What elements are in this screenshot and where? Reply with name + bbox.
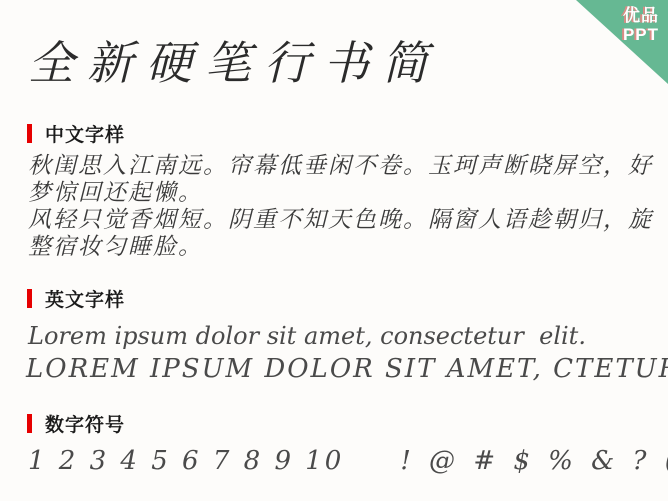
section-header-chinese: 中文字样 bbox=[27, 120, 125, 147]
brand-logo-line1: 优品 bbox=[623, 6, 659, 25]
font-name-title: 全新硬笔行书简 bbox=[28, 34, 441, 92]
section-header-english: 英文字样 bbox=[27, 285, 125, 312]
section-label-numbers: 数字符号 bbox=[45, 410, 125, 437]
red-bar-marker bbox=[27, 124, 32, 143]
chinese-sample-line: 整宿妆匀睡脸。 bbox=[28, 234, 653, 261]
font-preview-page: 优品 PPT 全新硬笔行书简 中文字样 秋闺思入江南远。帘幕低垂闲不卷。玉珂声断… bbox=[0, 0, 668, 501]
section-label-chinese: 中文字样 bbox=[45, 120, 125, 147]
english-sample-lowercase: Lorem ipsum dolor sit amet, consectetur … bbox=[28, 322, 586, 350]
chinese-sample-line: 风轻只觉香烟短。阴重不知天色晚。隔窗人语趁朝归，旋 bbox=[28, 207, 653, 234]
brand-logo-line2: PPT bbox=[623, 25, 659, 44]
chinese-sample-block: 秋闺思入江南远。帘幕低垂闲不卷。玉珂声断晓屏空，好 梦惊回还起懒。 风轻只觉香烟… bbox=[28, 153, 653, 261]
chinese-sample-line: 秋闺思入江南远。帘幕低垂闲不卷。玉珂声断晓屏空，好 bbox=[28, 153, 653, 180]
brand-logo: 优品 PPT bbox=[623, 6, 659, 44]
chinese-sample-line: 梦惊回还起懒。 bbox=[28, 180, 653, 207]
red-bar-marker bbox=[27, 414, 32, 433]
section-label-english: 英文字样 bbox=[45, 285, 125, 312]
section-header-numbers: 数字符号 bbox=[27, 410, 125, 437]
red-bar-marker bbox=[27, 289, 32, 308]
symbols-sample: ! @ # $ % & ? ( ) bbox=[400, 446, 668, 476]
numbers-sample-block: 1 2 3 4 5 6 7 8 9 10 ! @ # $ % & ? ( ) bbox=[28, 446, 668, 476]
corner-ribbon-badge: 优品 PPT bbox=[576, 0, 668, 84]
digits-sample: 1 2 3 4 5 6 7 8 9 10 bbox=[28, 446, 344, 476]
english-sample-uppercase: LOREM IPSUM DOLOR SIT AMET, CTETUR ELIT. bbox=[26, 354, 668, 384]
